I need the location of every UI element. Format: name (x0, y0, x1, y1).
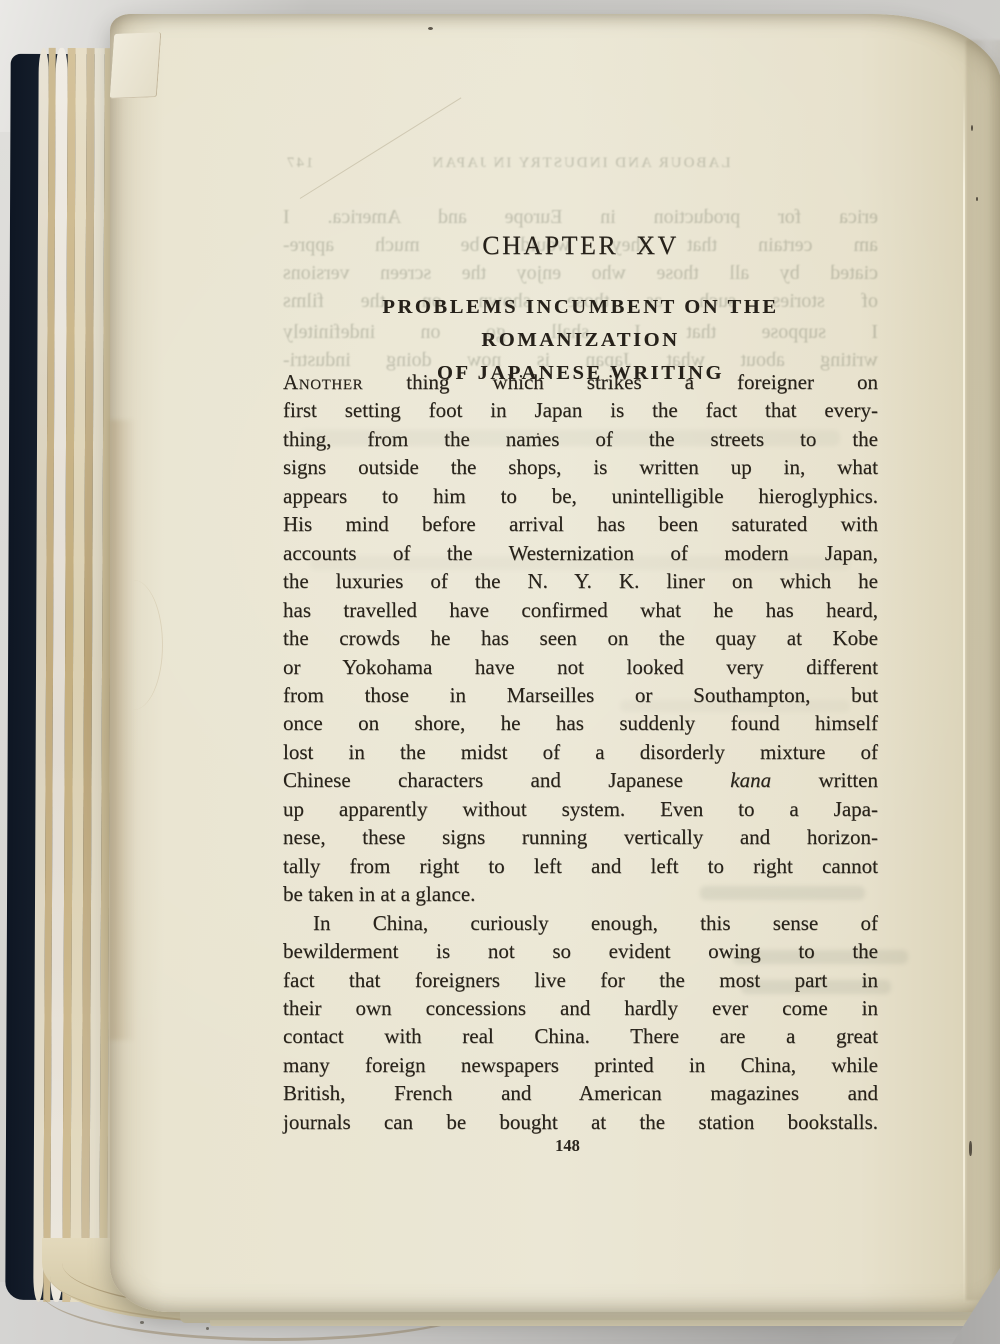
chapter-heading: CHAPTER XV (283, 231, 878, 261)
dust-speck (140, 1321, 144, 1324)
body-text-line: many foreign newspapers printed in China… (283, 1051, 878, 1079)
body-text-line: signs outside the shops, is written up i… (283, 453, 878, 481)
body-text-line: tally from right to left and left to rig… (283, 852, 878, 880)
body-text-line: has travelled have confirmed what he has… (283, 596, 878, 624)
body-text-line: nese, these signs running vertically and… (283, 823, 878, 851)
body-text-line: the luxuries of the N. Y. K. liner on wh… (283, 567, 878, 595)
body-text-line: be taken in at a glance. (283, 880, 878, 908)
left-margin-stain (110, 420, 136, 1040)
body-text-line: Another thing which strikes a foreigner … (283, 368, 878, 396)
body-text-line: once on shore, he has suddenly found him… (283, 709, 878, 737)
body-text-line: up apparently without system. Even to a … (283, 795, 878, 823)
dog-ear-fold (110, 32, 162, 99)
body-text-line: or Yokohama have not looked very differe… (283, 653, 878, 681)
page-number: 148 (270, 1136, 865, 1156)
body-text-line: from those in Marseilles or Southampton,… (283, 681, 878, 709)
body-text-line: British, French and American magazines a… (283, 1079, 878, 1107)
body-text-line: In China, curiously enough, this sense o… (283, 909, 878, 937)
gutter-crease-highlight (963, 90, 965, 1305)
body-text-line: their own concessions and hardly ever co… (283, 994, 878, 1022)
water-stain-vein (104, 580, 163, 710)
body-text-line: accounts of the Westernization of modern… (283, 539, 878, 567)
body-text-line: lost in the midst of a disorderly mixtur… (283, 738, 878, 766)
dust-speck (206, 1327, 209, 1330)
show-through-header: LABOUR AND INDUSTRY IN JAPAN 147 (283, 155, 878, 177)
dust-speck (971, 125, 973, 131)
show-through-folio: 147 (285, 155, 314, 172)
body-text-line: Chinese characters and Japanese kana wri… (283, 766, 878, 794)
bottom-page-under-edge (210, 1320, 990, 1326)
dust-speck (976, 197, 978, 201)
dust-speck (537, 433, 539, 435)
show-through-line: ciated by all those who enjoy the screen… (283, 262, 878, 285)
body-text-line: contact with real China. There are a gre… (283, 1022, 878, 1050)
body-text-line: the crowds he has seen on the quay at Ko… (283, 624, 878, 652)
body-text-line: first setting foot in Japan is the fact … (283, 396, 878, 424)
gutter-mark (969, 1141, 972, 1156)
body-text-line: thing, from the names of the streets to … (283, 425, 878, 453)
chapter-title-line: PROBLEMS INCUMBENT ON THE ROMANIZATION (283, 291, 878, 357)
show-through-running-title: LABOUR AND INDUSTRY IN JAPAN (283, 155, 878, 172)
body-text-line: bewilderment is not so evident owing to … (283, 937, 878, 965)
body-text-line: His mind before arrival has been saturat… (283, 510, 878, 538)
body-text-line: journals can be bought at the station bo… (283, 1108, 878, 1136)
body-text: Another thing which strikes a foreigner … (283, 368, 878, 1136)
gutter-shadow (966, 40, 1000, 1300)
body-text-line: fact that foreigners live for the most p… (283, 966, 878, 994)
dust-speck (428, 27, 433, 30)
open-book-photo: LABOUR AND INDUSTRY IN JAPAN 147 erica f… (0, 0, 1000, 1344)
body-text-line: appears to him to be, unintelligible hie… (283, 482, 878, 510)
show-through-line: erica for production in Europe and Ameri… (283, 206, 878, 229)
